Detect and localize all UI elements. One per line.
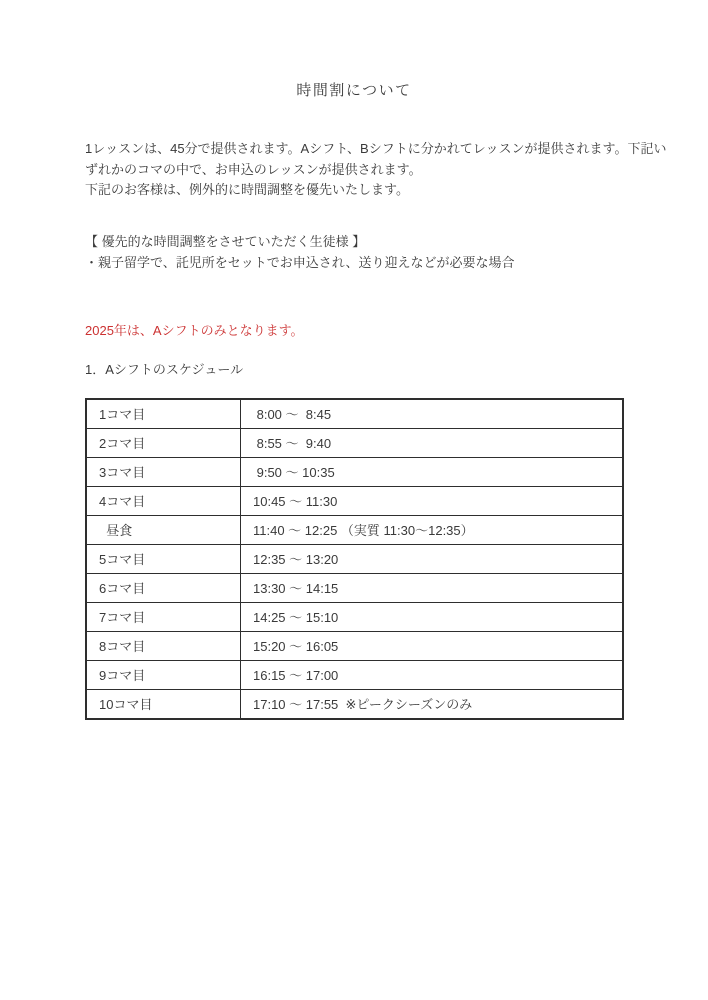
table-row: 6コマ目 13:30 ～ 14:15 <box>86 573 623 602</box>
period-cell: 4コマ目 <box>86 486 241 515</box>
table-row: 9コマ目 16:15 ～ 17:00 <box>86 660 623 689</box>
table-row: 5コマ目 12:35 ～ 13:20 <box>86 544 623 573</box>
time-cell: 16:15 ～ 17:00 <box>241 660 624 689</box>
schedule-heading: 1．Aシフトのスケジュール <box>85 362 623 378</box>
time-cell: 17:10 ～ 17:55 ※ピークシーズンのみ <box>241 689 624 719</box>
page-title: 時間割について <box>0 80 708 102</box>
period-cell: 6コマ目 <box>86 573 241 602</box>
period-cell: 1コマ目 <box>86 399 241 429</box>
period-cell: 昼食 <box>86 515 241 544</box>
schedule-table: 1コマ目 8:00 ～ 8:45 2コマ目 8:55 ～ 9:40 3コマ目 9… <box>85 398 624 720</box>
time-cell: 9:50 ～ 10:35 <box>241 457 624 486</box>
shift-notice: 2025年は、Aシフトのみとなります。 <box>85 322 623 339</box>
time-cell: 8:55 ～ 9:40 <box>241 428 624 457</box>
intro-paragraph: 1レッスンは、45分で提供されます。Aシフト、Bシフトに分かれてレッスンが提供さ… <box>85 139 623 201</box>
period-cell: 3コマ目 <box>86 457 241 486</box>
time-cell: 14:25 ～ 15:10 <box>241 602 624 631</box>
table-row: 4コマ目 10:45 ～ 11:30 <box>86 486 623 515</box>
period-cell: 5コマ目 <box>86 544 241 573</box>
period-cell: 2コマ目 <box>86 428 241 457</box>
table-row: 3コマ目 9:50 ～ 10:35 <box>86 457 623 486</box>
table-row: 2コマ目 8:55 ～ 9:40 <box>86 428 623 457</box>
period-cell: 9コマ目 <box>86 660 241 689</box>
priority-section: 【 優先的な時間調整をさせていただく生徒様 】 ・親子留学で、託児所をセットでお… <box>85 231 623 273</box>
time-cell: 15:20 ～ 16:05 <box>241 631 624 660</box>
time-cell: 11:40 ～ 12:25 （実質 11:30～12:35） <box>241 515 624 544</box>
table-row: 10コマ目 17:10 ～ 17:55 ※ピークシーズンのみ <box>86 689 623 719</box>
table-row: 7コマ目 14:25 ～ 15:10 <box>86 602 623 631</box>
table-row: 1コマ目 8:00 ～ 8:45 <box>86 399 623 429</box>
period-cell: 8コマ目 <box>86 631 241 660</box>
priority-item: ・親子留学で、託児所をセットでお申込され、送り迎えなどが必要な場合 <box>85 252 623 273</box>
page-content: 1レッスンは、45分で提供されます。Aシフト、Bシフトに分かれてレッスンが提供さ… <box>0 139 708 720</box>
time-cell: 8:00 ～ 8:45 <box>241 399 624 429</box>
period-cell: 7コマ目 <box>86 602 241 631</box>
table-row-lunch: 昼食 11:40 ～ 12:25 （実質 11:30～12:35） <box>86 515 623 544</box>
time-cell: 12:35 ～ 13:20 <box>241 544 624 573</box>
priority-heading: 【 優先的な時間調整をさせていただく生徒様 】 <box>85 231 623 252</box>
period-cell: 10コマ目 <box>86 689 241 719</box>
table-row: 8コマ目 15:20 ～ 16:05 <box>86 631 623 660</box>
document-page: 時間割について 1レッスンは、45分で提供されます。Aシフト、Bシフトに分かれて… <box>0 0 708 1000</box>
intro-line: 1レッスンは、45分で提供されます。Aシフト、Bシフトに分かれてレッスンが提供さ… <box>85 139 623 160</box>
intro-line: ずれかのコマの中で、お申込のレッスンが提供されます。 <box>85 160 623 181</box>
time-cell: 13:30 ～ 14:15 <box>241 573 624 602</box>
time-cell: 10:45 ～ 11:30 <box>241 486 624 515</box>
intro-line: 下記のお客様は、例外的に時間調整を優先いたします。 <box>85 180 623 201</box>
